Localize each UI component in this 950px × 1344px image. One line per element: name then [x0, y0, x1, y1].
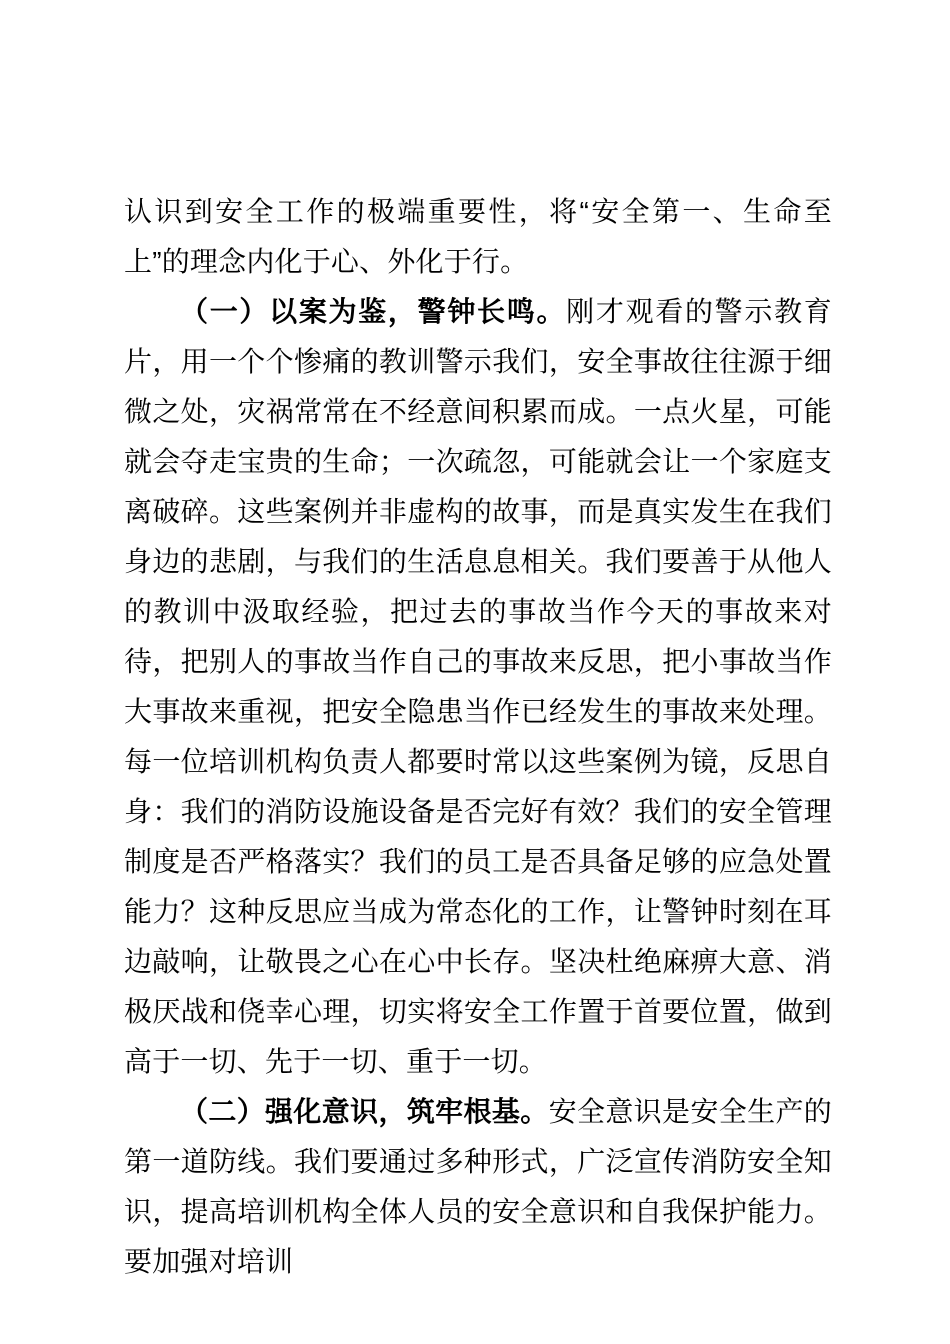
document-page: 认识到安全工作的极端重要性，将“安全第一、生命至上”的理念内化于心、外化于行。（… — [0, 0, 950, 1344]
text-run-bold: （一）以案为鉴，警钟长鸣。 — [180, 296, 566, 327]
text-run: 刚才观看的警示教育片，用一个个惨痛的教训警示我们，安全事故往往源于细微之处，灾祸… — [124, 296, 832, 1077]
text-run: 认识到安全工作的极端重要性，将“安全第一、生命至上”的理念内化于心、外化于行。 — [124, 196, 832, 277]
document-text-body: 认识到安全工作的极端重要性，将“安全第一、生命至上”的理念内化于心、外化于行。（… — [124, 187, 832, 1287]
text-run-bold: （二）强化意识，筑牢根基。 — [180, 1096, 549, 1127]
paragraph-section-one: （一）以案为鉴，警钟长鸣。刚才观看的警示教育片，用一个个惨痛的教训警示我们，安全… — [124, 287, 832, 1087]
paragraph-continuation: 认识到安全工作的极端重要性，将“安全第一、生命至上”的理念内化于心、外化于行。 — [124, 187, 832, 287]
paragraph-section-two: （二）强化意识，筑牢根基。安全意识是安全生产的第一道防线。我们要通过多种形式，广… — [124, 1087, 832, 1287]
